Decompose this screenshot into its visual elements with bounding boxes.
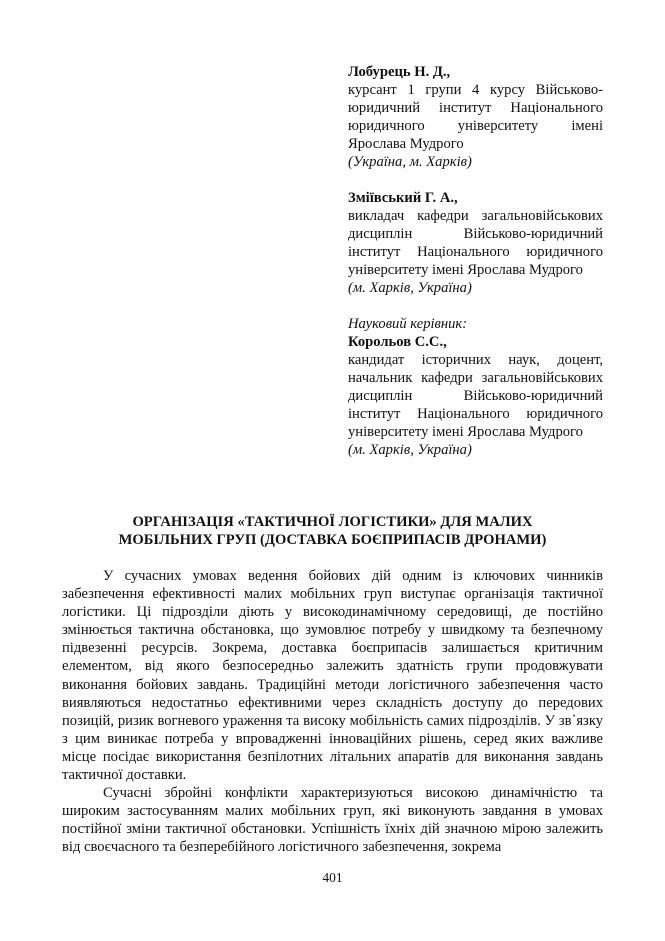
author-name: Лобурець Н. Д., bbox=[348, 63, 603, 81]
paragraph: Сучасні збройні конфлікти характеризують… bbox=[62, 784, 603, 856]
paragraph: У сучасних умовах ведення бойових дій од… bbox=[62, 567, 603, 784]
author-2: Зміївський Г. А., викладач кафедри загал… bbox=[348, 189, 603, 297]
author-position: курсант 1 групи 4 курсу Військово-юридич… bbox=[348, 81, 603, 153]
supervisor-label: Науковий керівник: bbox=[348, 315, 603, 333]
page-number: 401 bbox=[0, 870, 665, 886]
title-line-2: МОБІЛЬНИХ ГРУП (ДОСТАВКА БОЄПРИПАСІВ ДРО… bbox=[62, 531, 603, 549]
author-name: Зміївський Г. А., bbox=[348, 189, 603, 207]
article-body: У сучасних умовах ведення бойових дій од… bbox=[62, 567, 603, 857]
author-position: викладач кафедри загальновійськових дисц… bbox=[348, 207, 603, 279]
document-page: Лобурець Н. Д., курсант 1 групи 4 курсу … bbox=[0, 0, 665, 941]
supervisor: Науковий керівник: Корольов С.С., кандид… bbox=[348, 315, 603, 459]
author-location: (м. Харків, Україна) bbox=[348, 279, 603, 297]
supervisor-position: кандидат історичних наук, доцент, началь… bbox=[348, 351, 603, 441]
author-location: (Україна, м. Харків) bbox=[348, 153, 603, 171]
article-title: ОРГАНІЗАЦІЯ «ТАКТИЧНОЇ ЛОГІСТИКИ» ДЛЯ МА… bbox=[62, 513, 603, 549]
author-1: Лобурець Н. Д., курсант 1 групи 4 курсу … bbox=[348, 63, 603, 171]
supervisor-location: (м. Харків, Україна) bbox=[348, 441, 603, 459]
title-line-1: ОРГАНІЗАЦІЯ «ТАКТИЧНОЇ ЛОГІСТИКИ» ДЛЯ МА… bbox=[62, 513, 603, 531]
author-info-block: Лобурець Н. Д., курсант 1 групи 4 курсу … bbox=[348, 63, 603, 477]
supervisor-name: Корольов С.С., bbox=[348, 333, 603, 351]
